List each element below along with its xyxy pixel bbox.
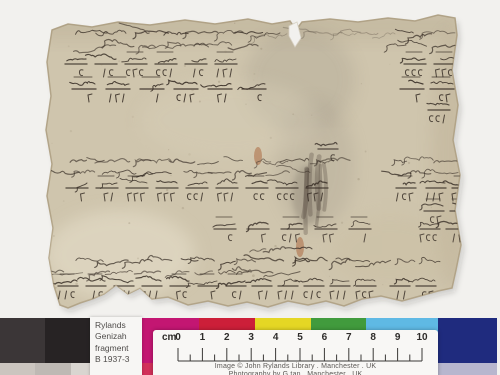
- rust-spot-1: [254, 147, 262, 165]
- label-line: B 1937-3: [95, 354, 142, 365]
- ruler-number-1: 1: [200, 332, 206, 343]
- ruler-number-8: 8: [370, 332, 376, 343]
- ruler-number-0: 0: [175, 332, 181, 343]
- ruler-number-6: 6: [322, 332, 328, 343]
- ruler-number-9: 9: [395, 332, 401, 343]
- ruler-number-4: 4: [273, 332, 279, 343]
- credit-line-1: Image © John Rylands Library . Mancheste…: [153, 363, 438, 370]
- ruler-number-2: 2: [224, 332, 230, 343]
- lower-stain: [330, 215, 450, 285]
- ruler-number-5: 5: [297, 332, 303, 343]
- ruler-number-7: 7: [346, 332, 352, 343]
- manuscript-fragment: [0, 0, 500, 375]
- ruler-number-10: 10: [416, 332, 427, 343]
- shelfmark-label-card: Rylands Genizah fragment B 1937-3: [90, 317, 142, 375]
- credit-line-2: Photography by G.tan . Manchester . UK: [153, 371, 438, 375]
- light-area-2: [140, 80, 320, 160]
- label-line: Rylands: [95, 320, 142, 331]
- label-line: Genizah: [95, 331, 142, 342]
- ruler-ticks: [153, 345, 438, 363]
- ruler-number-3: 3: [248, 332, 254, 343]
- ruler-card: cm Image © John Rylands Library . Manche…: [153, 330, 438, 375]
- photo-canvas: Rylands Genizah fragment B 1937-3 cm Ima…: [0, 0, 500, 375]
- label-line: fragment: [95, 343, 142, 354]
- top-edge-stain: [40, 12, 460, 40]
